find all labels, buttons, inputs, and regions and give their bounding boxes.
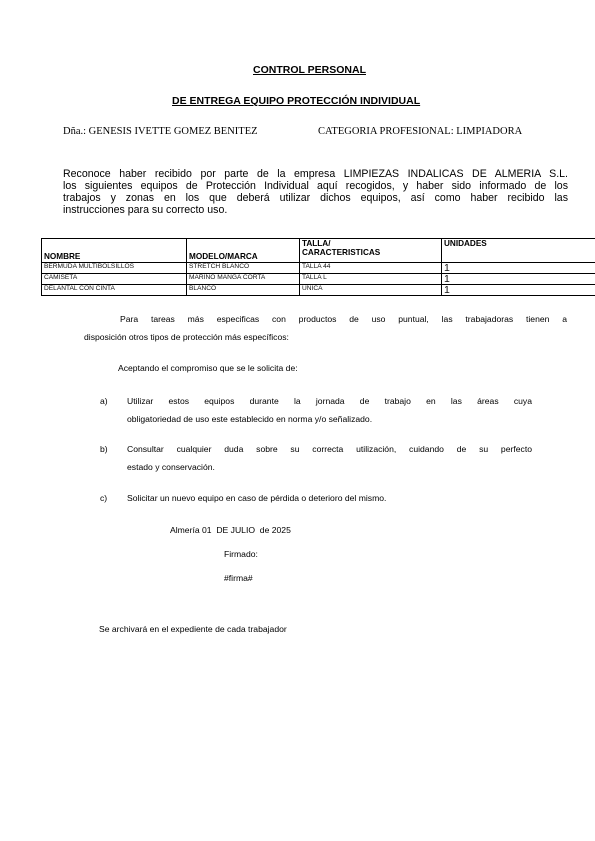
cell-nombre: CAMISETA [42, 274, 187, 285]
category-value: LIMPIADORA [456, 126, 522, 137]
paragraph-line: Para tareas más especificas con producto… [84, 310, 567, 328]
employee-name: GENESIS IVETTE GOMEZ BENITEZ [89, 126, 258, 137]
table-row: DELANTAL CON CINTA BLANCO UNICA 1 [42, 285, 595, 296]
intro-line: instrucciones para su correcto uso. [63, 204, 568, 216]
header-unidades: UNIDADES [442, 239, 595, 263]
commitment-text: Solicitar un nuevo equipo en caso de pér… [127, 489, 532, 507]
cell-unidades: 1 [442, 285, 595, 296]
date-line: Almería 01 DE JULIO de 2025 [170, 521, 291, 539]
employee-line: Dña.: GENESIS IVETTE GOMEZ BENITEZ [63, 126, 258, 137]
equipment-table: NOMBRE MODELO/MARCA TALLA/ CARACTERISTIC… [41, 238, 595, 296]
cell-talla: TALLA 44 [300, 263, 442, 274]
category-label: CATEGORIA PROFESIONAL: [318, 126, 454, 137]
header-talla-line1: TALLA/ [302, 239, 331, 248]
list-marker: a) [100, 392, 108, 410]
cell-unidades: 1 [442, 263, 595, 274]
list-marker: c) [100, 489, 107, 507]
signed-label: Firmado: [224, 545, 258, 563]
intro-line: trabajos y zonas en los que deberá utili… [63, 192, 568, 204]
commitment-text: Consultar cualquier duda sobre su correc… [127, 440, 532, 458]
header-talla-line2: CARACTERISTICAS [302, 248, 380, 257]
table-header-row: NOMBRE MODELO/MARCA TALLA/ CARACTERISTIC… [42, 239, 595, 263]
signature-placeholder: #firma# [224, 569, 253, 587]
cell-talla: UNICA [300, 285, 442, 296]
commitment-text: estado y conservación. [127, 458, 532, 476]
cell-modelo: STRETCH BLANCO [187, 263, 300, 274]
cell-modelo: BLANCO [187, 285, 300, 296]
employee-label: Dña.: [63, 126, 86, 137]
table-row: CAMISETA MARINO MANGA CORTA TALLA L 1 [42, 274, 595, 285]
cell-unidades: 1 [442, 274, 595, 285]
footer-note: Se archivará en el expediente de cada tr… [99, 620, 287, 638]
intro-paragraph: Reconoce haber recibido por parte de la … [63, 168, 568, 216]
list-marker: b) [100, 440, 108, 458]
intro-line: Reconoce haber recibido por parte de la … [63, 168, 568, 180]
paragraph-line: disposición otros tipos de protección má… [84, 328, 567, 346]
specific-protection-paragraph: Para tareas más especificas con producto… [84, 310, 567, 346]
cell-nombre: DELANTAL CON CINTA [42, 285, 187, 296]
header-modelo: MODELO/MARCA [187, 239, 300, 263]
header-talla: TALLA/ CARACTERISTICAS [300, 239, 442, 263]
cell-modelo: MARINO MANGA CORTA [187, 274, 300, 285]
document-subtitle: DE ENTREGA EQUIPO PROTECCIÓN INDIVIDUAL [172, 95, 420, 107]
intro-line: los siguientes equipos de Protección Ind… [63, 180, 568, 192]
category-line: CATEGORIA PROFESIONAL: LIMPIADORA [318, 126, 522, 137]
commitment-intro: Aceptando el compromiso que se le solici… [118, 359, 298, 377]
document-title: CONTROL PERSONAL [253, 64, 366, 76]
header-nombre: NOMBRE [42, 239, 187, 263]
table-row: BERMUDA MULTIBOLSILLOS STRETCH BLANCO TA… [42, 263, 595, 274]
cell-talla: TALLA L [300, 274, 442, 285]
commitment-text: Utilizar estos equipos durante la jornad… [127, 392, 532, 410]
commitment-text: obligatoriedad de uso este establecido e… [127, 410, 532, 428]
cell-nombre: BERMUDA MULTIBOLSILLOS [42, 263, 187, 274]
